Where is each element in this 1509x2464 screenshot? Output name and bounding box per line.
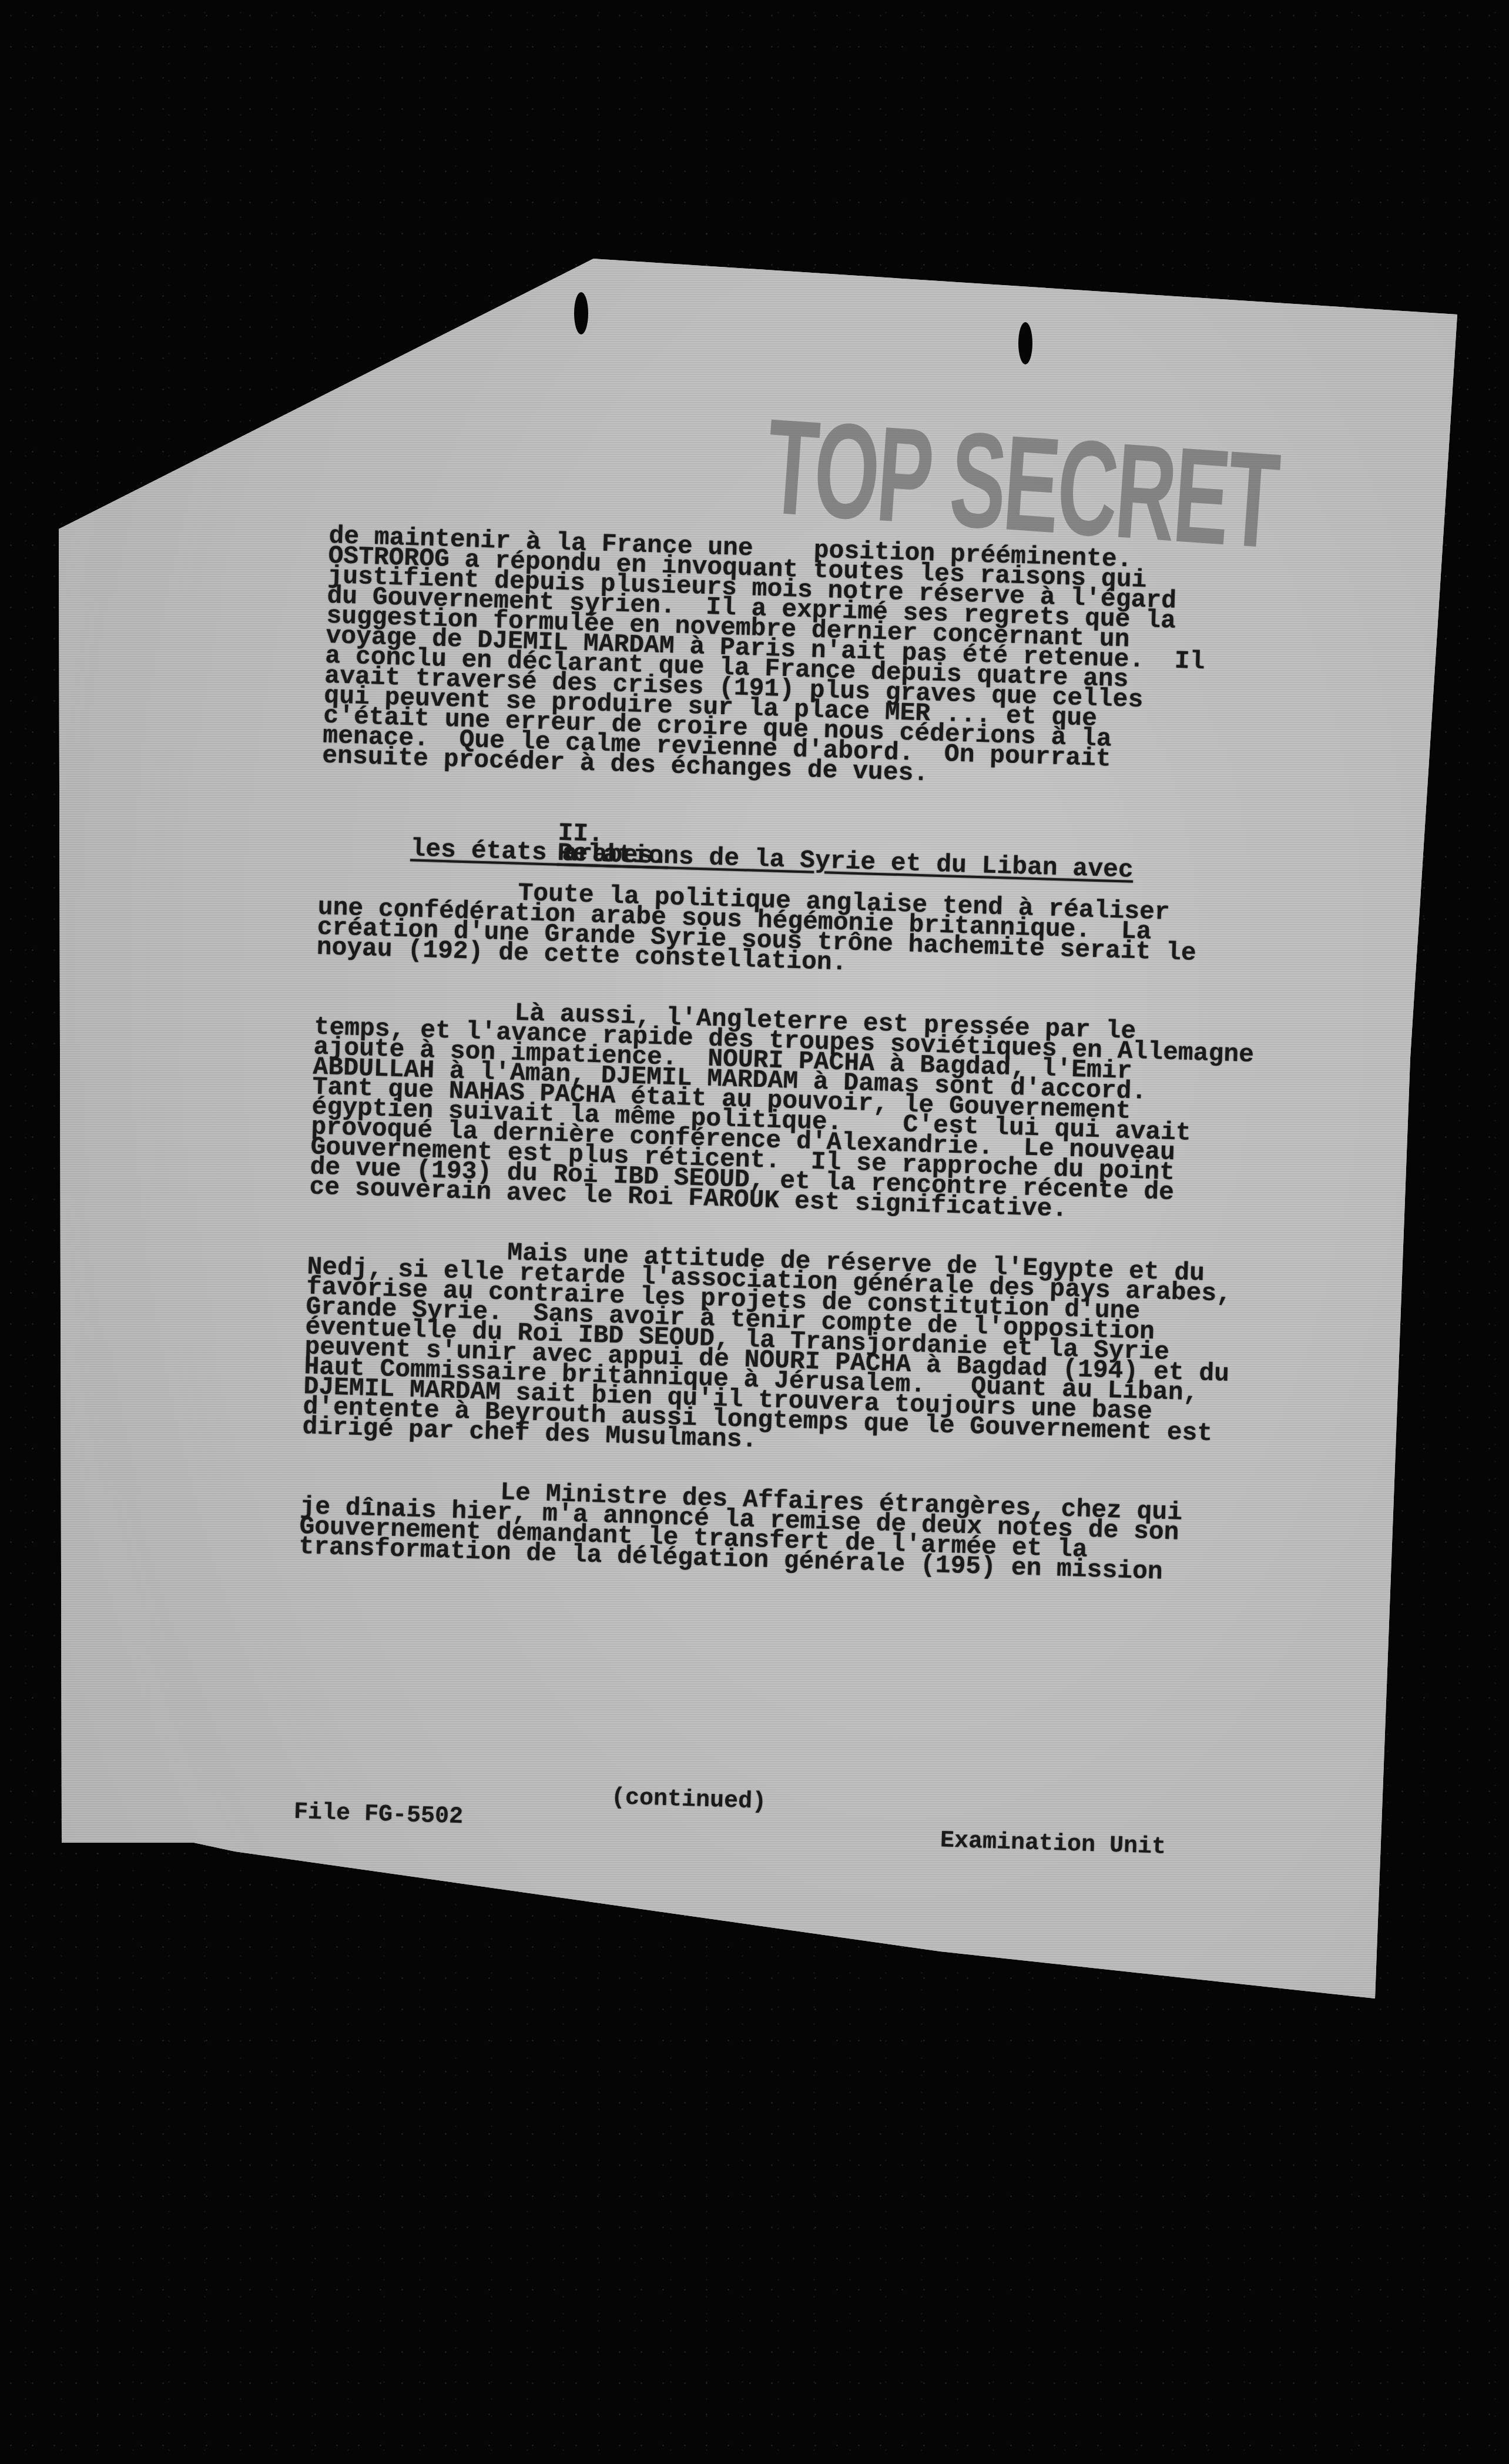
paragraph-4: Mais une attitude de réserve de l'Egypte… <box>302 1237 1295 1466</box>
continued-label: (continued) <box>611 1785 766 1816</box>
paragraph-3: Là aussi, l'Angleterre est pressée par l… <box>309 997 1302 1227</box>
punch-hole-right <box>1018 322 1032 364</box>
document-body: de maintenir à la France une position pr… <box>299 526 1316 1586</box>
paragraph-1: de maintenir à la France une position pr… <box>322 526 1316 795</box>
file-number: File FG-5502 <box>293 1799 463 1831</box>
punch-hole-left <box>574 292 588 334</box>
